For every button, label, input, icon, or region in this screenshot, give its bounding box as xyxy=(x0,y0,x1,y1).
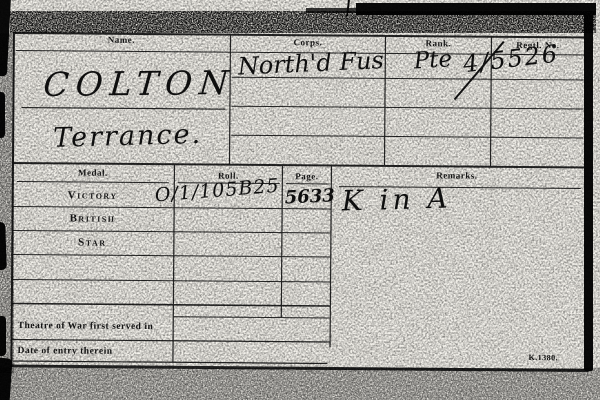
medal-column-label: Medal. xyxy=(12,168,174,179)
card-right-thick-border xyxy=(584,6,593,371)
page-handwriting: 5633 xyxy=(284,187,335,207)
remarks-column-label: Remarks. xyxy=(332,171,582,183)
roll-handwriting: O/1/105B25 xyxy=(154,177,280,206)
date-of-entry-label: Date of entry therein xyxy=(17,346,112,357)
scan-artifact-top-bar-tail xyxy=(306,8,366,13)
medal-row-victory: Victory xyxy=(12,189,174,202)
corps-handwriting: North'd Fus xyxy=(237,48,384,78)
scan-artifact-top-bar xyxy=(356,3,596,15)
rank-handwriting: Pte xyxy=(413,48,453,73)
medal-index-card-scan: Name. Corps. Rank. Regtl. No. Medal. Rol… xyxy=(0,0,600,400)
theatre-of-war-label: Theatre of War first served in xyxy=(18,321,154,333)
remarks-handwriting: K in A xyxy=(341,185,452,216)
medal-row-british: British xyxy=(11,212,173,225)
medal-row-star: Star xyxy=(11,236,173,249)
surname-handwriting: COLTON xyxy=(42,66,236,101)
form-number: K.1380. xyxy=(528,354,558,362)
medal-card: Name. Corps. Rank. Regtl. No. Medal. Rol… xyxy=(0,0,600,400)
forename-handwriting: Terrance. xyxy=(53,121,203,152)
torn-paper-edge xyxy=(0,316,6,356)
page-column-label: Page. xyxy=(283,172,331,182)
torn-paper-edge xyxy=(0,92,5,138)
name-label: Name. xyxy=(13,35,230,47)
